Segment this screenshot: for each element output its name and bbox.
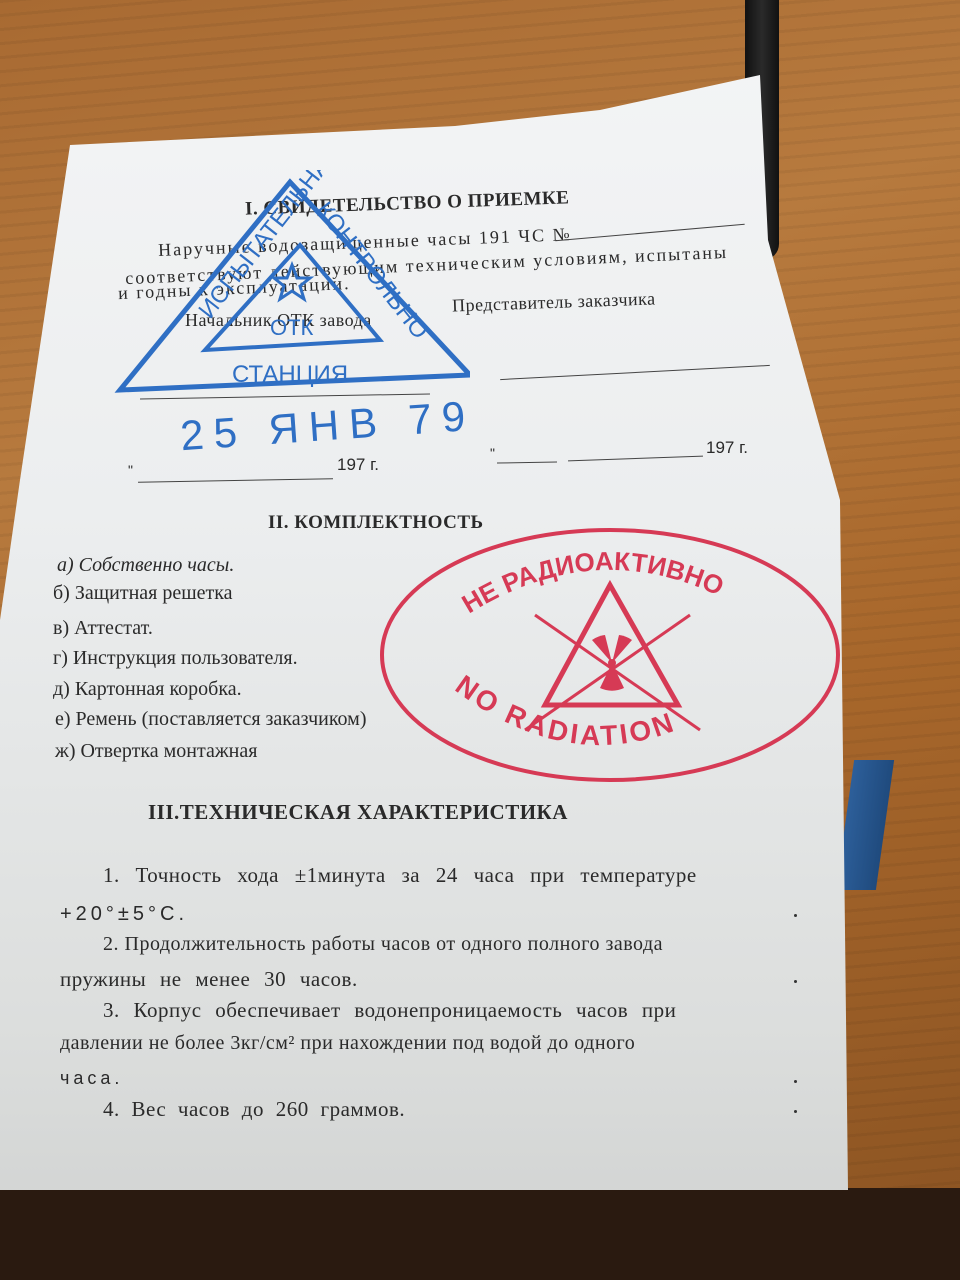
tech-item2-line1: 2. Продолжительность работы часов от одн… xyxy=(103,933,663,956)
tech-item2-line2: пружины не менее 30 часов. xyxy=(60,967,358,992)
crossed-radiation-icon xyxy=(525,585,700,730)
date-left-year: 197 г. xyxy=(337,455,379,475)
margin-dot xyxy=(794,914,797,917)
kit-item: в) Аттестат. xyxy=(53,617,153,640)
kit-item: а) Собственно часы. xyxy=(57,554,234,577)
customer-signature-line xyxy=(500,365,770,380)
tech-item4-line1: 4. Вес часов до 260 граммов. xyxy=(103,1097,405,1122)
kit-item: ж) Отвертка монтажная xyxy=(55,740,257,763)
kit-item: д) Картонная коробка. xyxy=(53,678,242,701)
kit-item: г) Инструкция пользователя. xyxy=(53,647,298,670)
kit-item: е) Ремень (поставляется заказчиком) xyxy=(55,708,367,731)
serial-number-line xyxy=(555,224,744,242)
no-radiation-stamp: НЕ РАДИОАКТИВНО NO RADIATION xyxy=(375,520,845,790)
stamp-bottom-text: NO RADIATION xyxy=(450,669,680,751)
date-right-day-line xyxy=(497,461,557,463)
stamp-bottom-text: СТАНЦИЯ xyxy=(232,361,348,388)
otk-triangle-stamp: ИСПЫТАТЕЛЬНАЯ КОНТРОЛЬНО ОТК СТАНЦИЯ xyxy=(110,170,470,430)
table-edge-shadow xyxy=(0,1188,960,1280)
margin-dot xyxy=(794,980,797,983)
stamp-top-text: НЕ РАДИОАКТИВНО xyxy=(457,546,729,619)
tech-item1-line1: 1. Точность хода ±1минута за 24 часа при… xyxy=(103,863,697,888)
date-right-year: 197 г. xyxy=(706,438,748,458)
margin-dot xyxy=(794,1110,797,1113)
stamp-right-text: КОНТРОЛЬНО xyxy=(310,197,433,344)
section3-title: III.ТЕХНИЧЕСКАЯ ХАРАКТЕРИСТИКА xyxy=(148,800,568,825)
margin-dot xyxy=(794,1080,797,1083)
customer-label: Представитель заказчика xyxy=(452,288,656,316)
tech-item3-line3: часа. xyxy=(60,1068,123,1089)
tech-item3-line1: 3. Корпус обеспечивает водонепроницаемос… xyxy=(103,998,676,1023)
date-left-quote: " xyxy=(128,462,133,478)
date-right-month-line xyxy=(568,456,703,462)
stamp-center-text: ОТК xyxy=(270,315,314,340)
tech-item3-line2: давлении не более 3кг/см² при нахождении… xyxy=(60,1032,635,1055)
tech-item1-line2: +20°±5°С. xyxy=(60,903,188,926)
stamp-left-text: ИСПЫТАТЕЛЬНАЯ xyxy=(193,170,346,324)
date-right-quote: " xyxy=(490,445,495,461)
date-left-line xyxy=(138,478,333,482)
kit-item: б) Защитная решетка xyxy=(53,582,233,605)
